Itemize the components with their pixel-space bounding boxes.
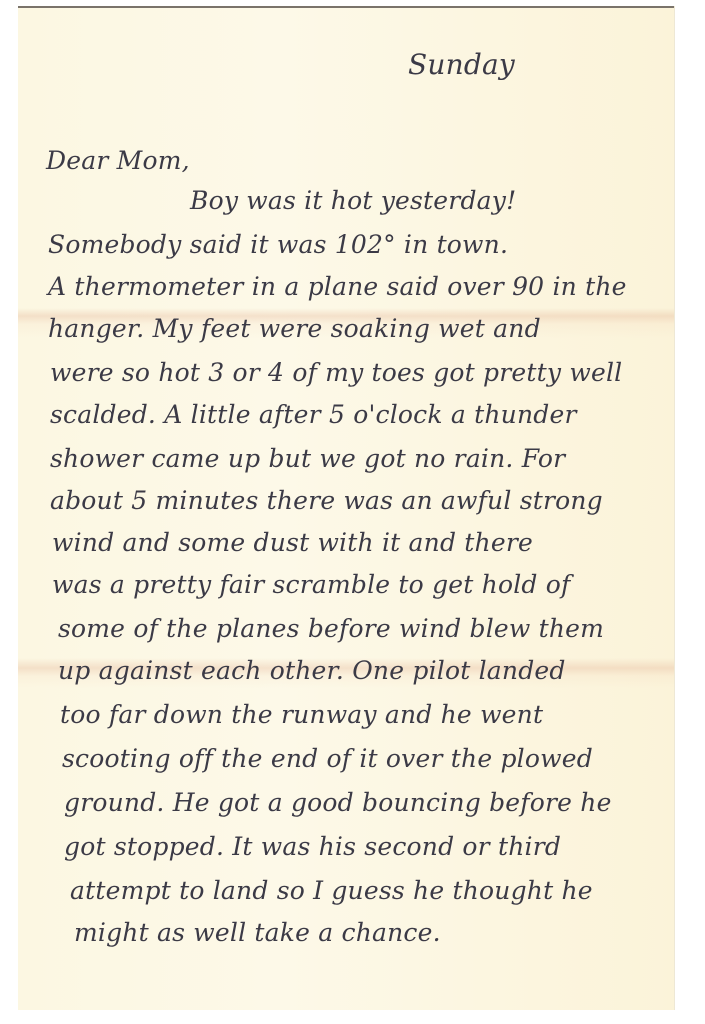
letter-line: ground. He got a good bouncing before he	[64, 788, 612, 818]
letter-line: too far down the runway and he went	[60, 700, 543, 730]
letter-salutation: Dear Mom,	[46, 146, 190, 176]
letter-line: might as well take a chance.	[74, 918, 441, 948]
letter-line: A thermometer in a plane said over 90 in…	[48, 272, 627, 302]
letter-line: was a pretty fair scramble to get hold o…	[52, 570, 570, 600]
letter-line: were so hot 3 or 4 of my toes got pretty…	[50, 358, 622, 388]
letter-line: Somebody said it was 102° in town.	[48, 230, 508, 260]
letter-line: wind and some dust with it and there	[52, 528, 533, 558]
letter-line: shower came up but we got no rain. For	[50, 444, 565, 474]
letter-line: Boy was it hot yesterday!	[190, 186, 516, 216]
letter-line: some of the planes before wind blew them	[58, 614, 604, 644]
letter-page: Sunday Dear Mom, Boy was it hot yesterda…	[18, 6, 674, 1010]
letter-line: up against each other. One pilot landed	[58, 656, 566, 686]
letter-line: scalded. A little after 5 o'clock a thun…	[50, 400, 577, 430]
letter-line: hanger. My feet were soaking wet and	[48, 314, 541, 344]
letter-line: got stopped. It was his second or third	[64, 832, 561, 862]
letter-line: about 5 minutes there was an awful stron…	[50, 486, 603, 516]
letter-line: scooting off the end of it over the plow…	[62, 744, 593, 774]
letter-line: attempt to land so I guess he thought he	[70, 876, 593, 906]
letter-date: Sunday	[408, 50, 515, 80]
